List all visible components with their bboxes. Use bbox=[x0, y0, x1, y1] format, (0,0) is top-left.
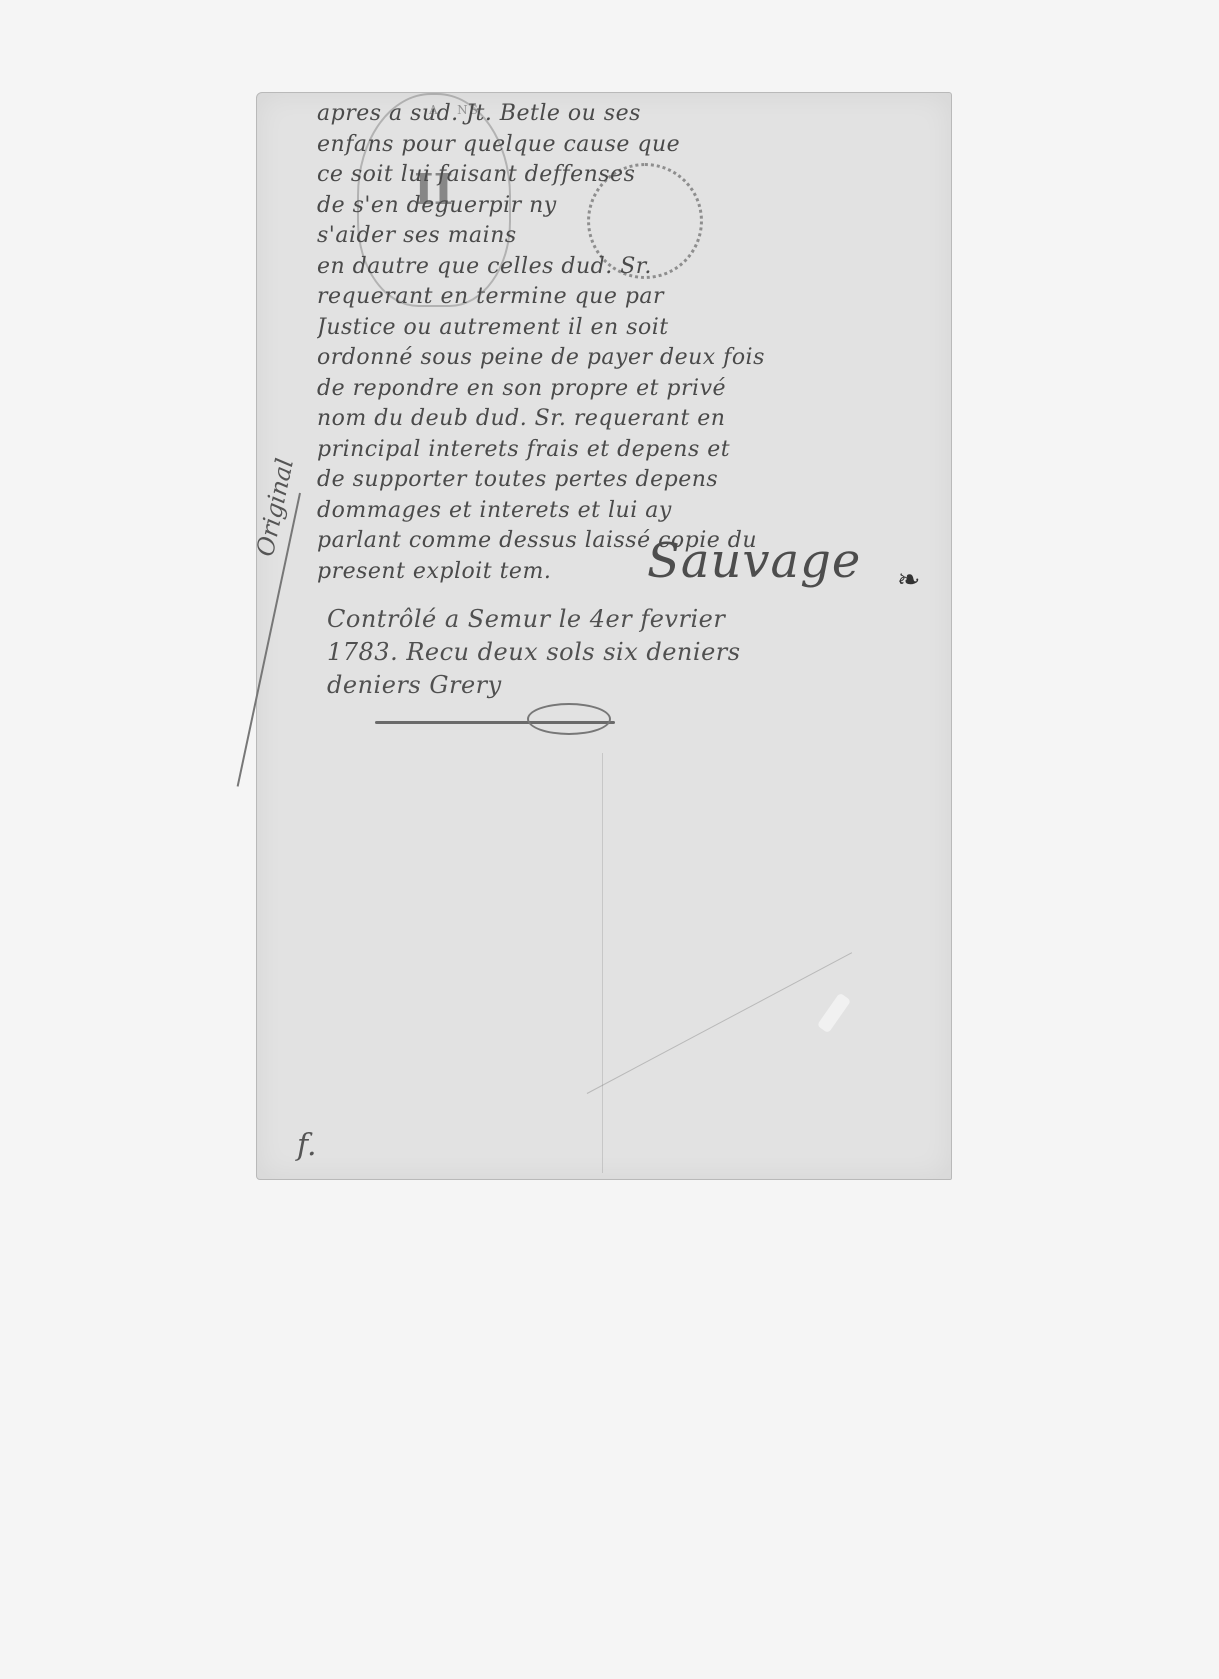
text-line: apres a sud. Jt. Betle ou ses bbox=[317, 99, 937, 130]
paraph-flourish-icon: ❧ bbox=[897, 563, 920, 596]
body-text: apres a sud. Jt. Betle ou ses enfans pou… bbox=[317, 99, 937, 587]
paper-tear bbox=[817, 993, 851, 1034]
text-line: principal interets frais et depens et bbox=[317, 435, 937, 466]
text-line: nom du deub dud. Sr. requerant en bbox=[317, 404, 937, 435]
text-line: s'aider ses mains bbox=[317, 221, 937, 252]
text-line: requerant en termine que par bbox=[317, 282, 937, 313]
control-line: Contrôlé a Semur le 4er fevrier bbox=[327, 603, 927, 636]
text-line: de supporter toutes pertes depens bbox=[317, 465, 937, 496]
paper-crease bbox=[587, 952, 852, 1094]
text-line: dommages et interets et lui ay bbox=[317, 496, 937, 527]
text-line: enfans pour quelque cause que bbox=[317, 130, 937, 161]
document-page: A · NS II apres a sud. Jt. Betle ou ses … bbox=[256, 92, 952, 1180]
margin-note-original: Original bbox=[251, 456, 299, 559]
text-line: ce soit lui faisant deffenses bbox=[317, 160, 937, 191]
control-registration: Contrôlé a Semur le 4er fevrier 1783. Re… bbox=[327, 603, 927, 702]
fold-line bbox=[602, 753, 603, 1173]
text-line: en dautre que celles dud. Sr. bbox=[317, 252, 937, 283]
control-line: deniers Grery bbox=[327, 669, 927, 702]
text-line: ordonné sous peine de payer deux fois bbox=[317, 343, 937, 374]
text-line: de repondre en son propre et privé bbox=[317, 374, 937, 405]
flourish-mark bbox=[527, 703, 611, 735]
folio-mark: f. bbox=[297, 1128, 317, 1163]
text-line: Justice ou autrement il en soit bbox=[317, 313, 937, 344]
control-line: 1783. Recu deux sols six deniers bbox=[327, 636, 927, 669]
text-line: de s'en deguerpir ny bbox=[317, 191, 937, 222]
signature: Sauvage bbox=[647, 533, 861, 589]
